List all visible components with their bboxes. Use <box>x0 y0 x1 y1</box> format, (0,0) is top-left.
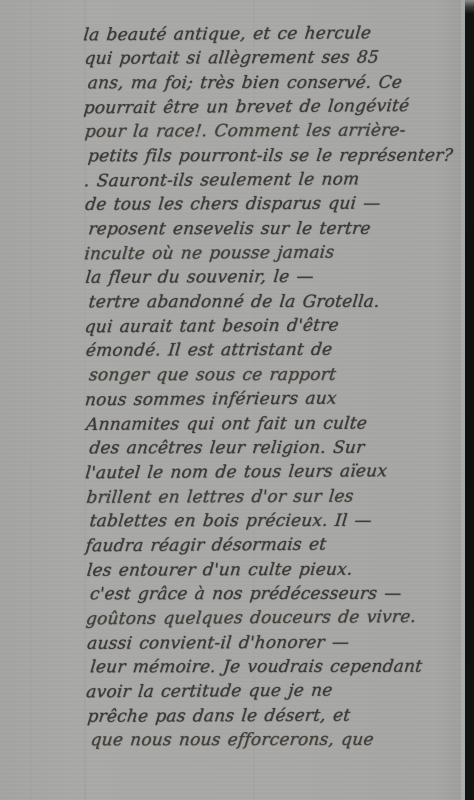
paper-crease <box>30 0 32 800</box>
manuscript-line: avoir la certitude que je ne <box>85 678 459 705</box>
manuscript-line: faudra réagir désormais et <box>84 532 458 559</box>
manuscript-line: la fleur du souvenir, le — <box>84 265 458 291</box>
manuscript-line: prêche pas dans le désert, et <box>86 703 460 729</box>
manuscript-line: inculte où ne pousse jamais <box>83 240 457 267</box>
manuscript-line: goûtons quelques douceurs de vivre. <box>85 605 459 632</box>
manuscript-line: la beauté antique, et ce hercule <box>82 21 456 48</box>
manuscript-line: tertre abandonné de la Grotella. <box>87 289 461 314</box>
manuscript-line: ans, ma foi; très bien conservé. Ce <box>86 70 460 95</box>
manuscript-text: la beauté antique, et ce herculequi port… <box>84 21 459 753</box>
manuscript-line: de tous les chers disparus qui — <box>84 192 458 218</box>
manuscript-line: les entourer d'un culte pieux. <box>86 557 460 583</box>
manuscript-line: c'est grâce à nos prédécesseurs — <box>89 582 463 607</box>
manuscript-line: pour la race!. Comment les arrière- <box>84 119 458 145</box>
manuscript-line: leur mémoire. Je voudrais cependant <box>89 655 463 680</box>
manuscript-line: nous sommes inférieurs aux <box>84 386 458 413</box>
manuscript-line: émondé. Il est attristant de <box>85 338 459 364</box>
manuscript-line: brillent en lettres d'or sur les <box>85 484 459 510</box>
manuscript-line: petits fils pourront-ils se le représent… <box>87 143 461 168</box>
manuscript-line: l'autel le nom de tous leurs aïeux <box>84 459 458 486</box>
manuscript-line: tablettes en bois précieux. Il — <box>88 509 462 534</box>
manuscript-line: reposent ensevelis sur le tertre <box>87 216 461 241</box>
manuscript-line: Annamites qui ont fait un culte <box>85 411 459 437</box>
manuscript-line: que nous nous efforcerons, que <box>89 728 463 753</box>
manuscript-line: qui aurait tant besoin d'être <box>83 313 457 340</box>
manuscript-line: . Sauront-ils seulement le nom <box>83 167 457 194</box>
manuscript-line: pourrait être un brevet de longévité <box>83 94 457 121</box>
manuscript-line: des ancêtres leur religion. Sur <box>88 436 462 461</box>
manuscript-scan-page: la beauté antique, et ce herculequi port… <box>0 0 474 800</box>
manuscript-line: qui portait si allègrement ses 85 <box>83 46 457 72</box>
manuscript-line: songer que sous ce rapport <box>88 362 462 387</box>
manuscript-line: aussi convient-il d'honorer — <box>86 630 460 656</box>
binding-edge <box>465 0 474 800</box>
